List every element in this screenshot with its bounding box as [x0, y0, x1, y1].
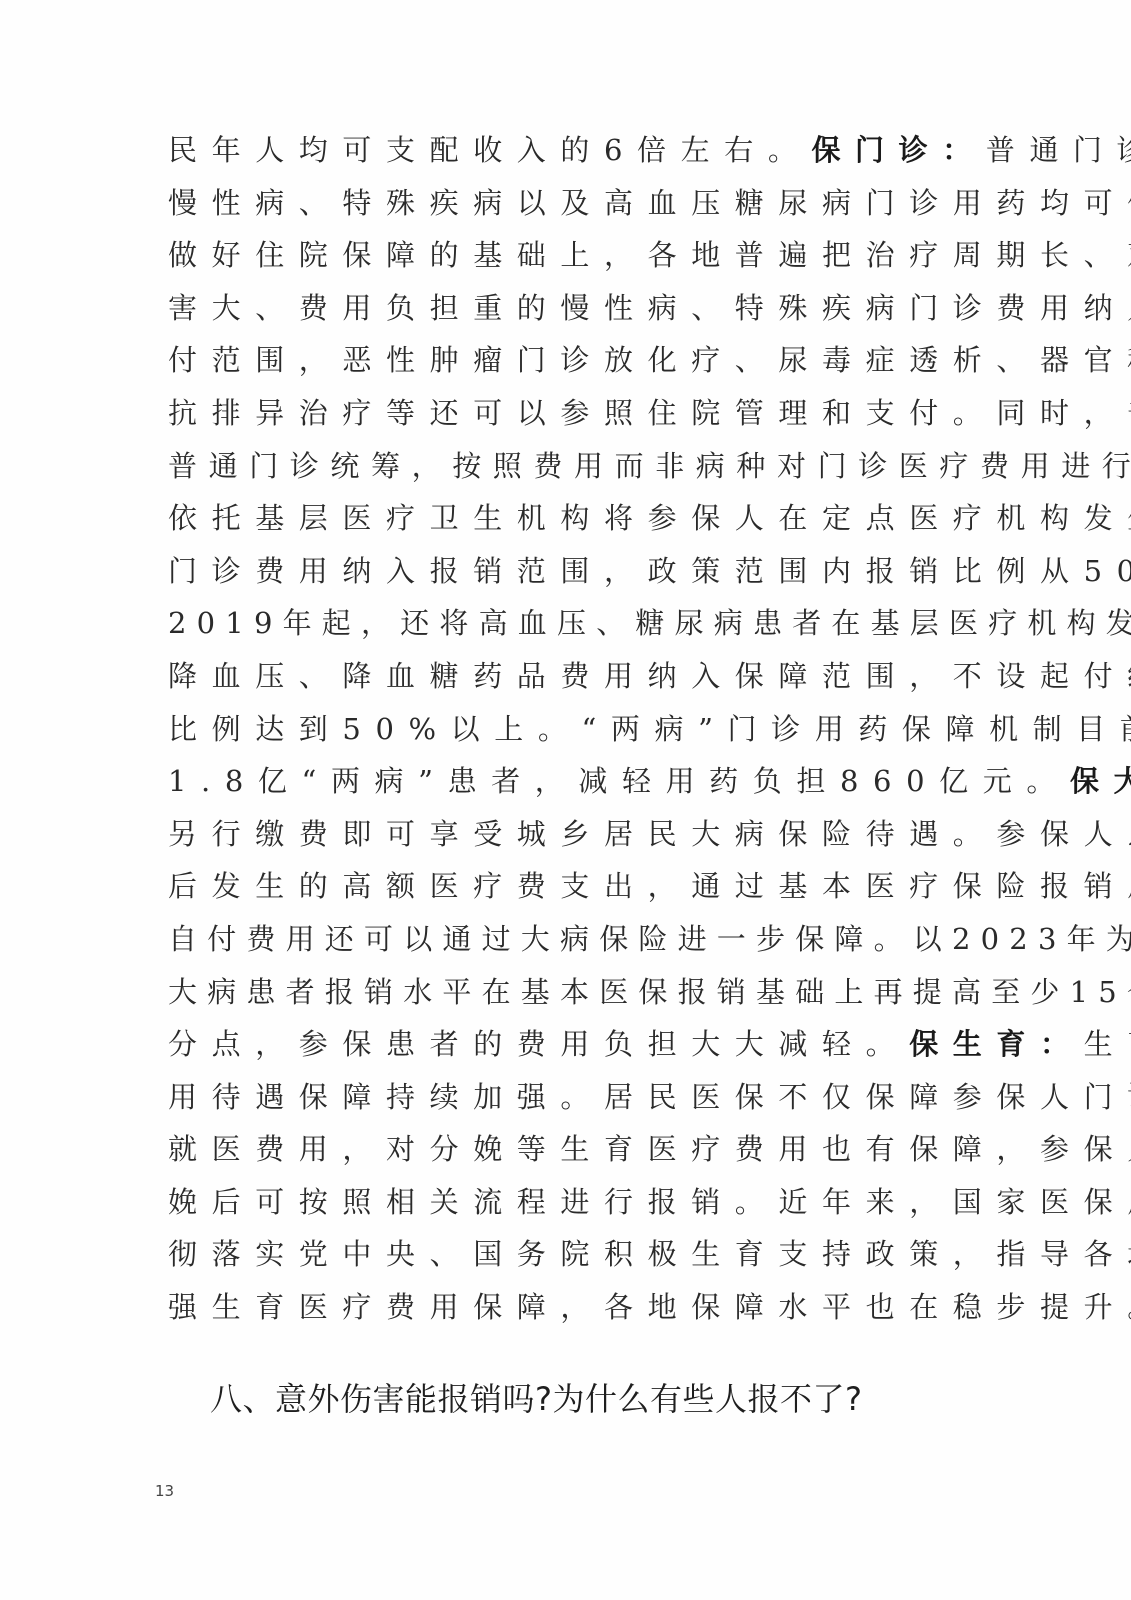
- text-line-10: 2019年起，还将高血压、糖尿病患者在基层医疗机构发生的: [168, 597, 968, 650]
- text-line-4: 害大、费用负担重的慢性病、特殊疾病门诊费用纳入基金支: [168, 282, 968, 335]
- text-segment: 大病患者报销水平在基本医保报销基础上再提高至少15个百: [168, 975, 1131, 1009]
- text-segment: 用待遇保障持续加强。居民医保不仅保障参保人门诊和住院: [168, 1080, 1131, 1114]
- text-segment: 2019年起，还将高血压、糖尿病患者在基层医疗机构发生的: [168, 606, 1131, 640]
- body-paragraph: 民年人均可支配收入的6倍左右。保门诊：普通门诊、门诊 慢性病、特殊疾病以及高血压…: [168, 124, 968, 1334]
- text-line-3: 做好住院保障的基础上，各地普遍把治疗周期长、对健康损: [168, 229, 968, 282]
- text-segment: 害大、费用负担重的慢性病、特殊疾病门诊费用纳入基金支: [168, 291, 1131, 325]
- text-segment: 抗排异治疗等还可以参照住院管理和支付。同时，普遍开展: [168, 396, 1131, 430]
- text-line-12: 比例达到50%以上。“两病”门诊用药保障机制目前已惠及: [168, 703, 968, 756]
- text-segment: 付范围，恶性肿瘤门诊放化疗、尿毒症透析、器官移植术后: [168, 343, 1131, 377]
- text-segment: 另行缴费即可享受城乡居民大病保险待遇。参保人患病住院: [168, 817, 1131, 851]
- text-segment: 彻落实党中央、国务院积极生育支持政策，指导各地持续加: [168, 1237, 1131, 1271]
- text-line-15: 后发生的高额医疗费支出，通过基本医疗保险报销后，个人: [168, 860, 968, 913]
- text-segment: 门诊费用纳入报销范围，政策范围内报销比例从50%起步。: [168, 554, 1131, 588]
- text-line-7: 普通门诊统筹，按照费用而非病种对门诊医疗费用进行保障，: [168, 440, 968, 493]
- text-line-8: 依托基层医疗卫生机构将参保人在定点医疗机构发生的普通: [168, 492, 968, 545]
- section-heading: 八、意外伤害能报销吗?为什么有些人报不了?: [210, 1377, 862, 1421]
- text-segment: 比例达到50%以上。“两病”门诊用药保障机制目前已惠及: [168, 712, 1131, 746]
- text-segment: 生育医疗费: [1084, 1027, 1131, 1061]
- text-line-6: 抗排异治疗等还可以参照住院管理和支付。同时，普遍开展: [168, 387, 968, 440]
- text-segment: 自付费用还可以通过大病保险进一步保障。以2023年为例，: [168, 922, 1131, 956]
- text-line-22: 彻落实党中央、国务院积极生育支持政策，指导各地持续加: [168, 1228, 968, 1281]
- bold-term-serious-illness: 保大病：: [1070, 764, 1131, 798]
- text-line-17: 大病患者报销水平在基本医保报销基础上再提高至少15个百: [168, 966, 968, 1019]
- text-segment: 后发生的高额医疗费支出，通过基本医疗保险报销后，个人: [168, 869, 1131, 903]
- text-segment: 娩后可按照相关流程进行报销。近年来，国家医保局坚决贯: [168, 1185, 1131, 1219]
- text-segment: 就医费用，对分娩等生育医疗费用也有保障，参保人生育分: [168, 1132, 1131, 1166]
- text-line-5: 付范围，恶性肿瘤门诊放化疗、尿毒症透析、器官移植术后: [168, 334, 968, 387]
- text-line-16: 自付费用还可以通过大病保险进一步保障。以2023年为例，: [168, 913, 968, 966]
- text-segment: 做好住院保障的基础上，各地普遍把治疗周期长、对健康损: [168, 238, 1131, 272]
- text-line-21: 娩后可按照相关流程进行报销。近年来，国家医保局坚决贯: [168, 1176, 968, 1229]
- text-line-23: 强生育医疗费用保障，各地保障水平也在稳步提升。: [168, 1281, 968, 1334]
- text-line-20: 就医费用，对分娩等生育医疗费用也有保障，参保人生育分: [168, 1123, 968, 1176]
- text-segment: 降血压、降血糖药品费用纳入保障范围，不设起付线，报销: [168, 659, 1131, 693]
- bold-term-outpatient: 保门诊：: [811, 133, 985, 167]
- text-segment: 普通门诊统筹，按照费用而非病种对门诊医疗费用进行保障，: [168, 449, 1131, 483]
- text-line-9: 门诊费用纳入报销范围，政策范围内报销比例从50%起步。: [168, 545, 968, 598]
- text-segment: 普通门诊、门诊: [986, 133, 1131, 167]
- text-segment: 民年人均可支配收入的6倍左右。: [168, 133, 811, 167]
- page-number: 13: [155, 1482, 174, 1500]
- text-line-1: 民年人均可支配收入的6倍左右。保门诊：普通门诊、门诊: [168, 124, 968, 177]
- text-segment: 1.8亿“两病”患者，减轻用药负担860亿元。: [168, 764, 1070, 798]
- bold-term-maternity: 保生育：: [909, 1027, 1083, 1061]
- text-line-18: 分点，参保患者的费用负担大大减轻。保生育：生育医疗费: [168, 1018, 968, 1071]
- text-segment: 依托基层医疗卫生机构将参保人在定点医疗机构发生的普通: [168, 501, 1131, 535]
- text-segment: 慢性病、特殊疾病以及高血压糖尿病门诊用药均可保障。在: [168, 186, 1131, 220]
- text-line-2: 慢性病、特殊疾病以及高血压糖尿病门诊用药均可保障。在: [168, 177, 968, 230]
- text-line-13: 1.8亿“两病”患者，减轻用药负担860亿元。保大病：无需: [168, 755, 968, 808]
- text-segment: 分点，参保患者的费用负担大大减轻。: [168, 1027, 909, 1061]
- text-line-19: 用待遇保障持续加强。居民医保不仅保障参保人门诊和住院: [168, 1071, 968, 1124]
- document-page: 民年人均可支配收入的6倍左右。保门诊：普通门诊、门诊 慢性病、特殊疾病以及高血压…: [0, 0, 1131, 1600]
- text-segment: 强生育医疗费用保障，各地保障水平也在稳步提升。: [168, 1290, 1131, 1324]
- text-line-11: 降血压、降血糖药品费用纳入保障范围，不设起付线，报销: [168, 650, 968, 703]
- text-line-14: 另行缴费即可享受城乡居民大病保险待遇。参保人患病住院: [168, 808, 968, 861]
